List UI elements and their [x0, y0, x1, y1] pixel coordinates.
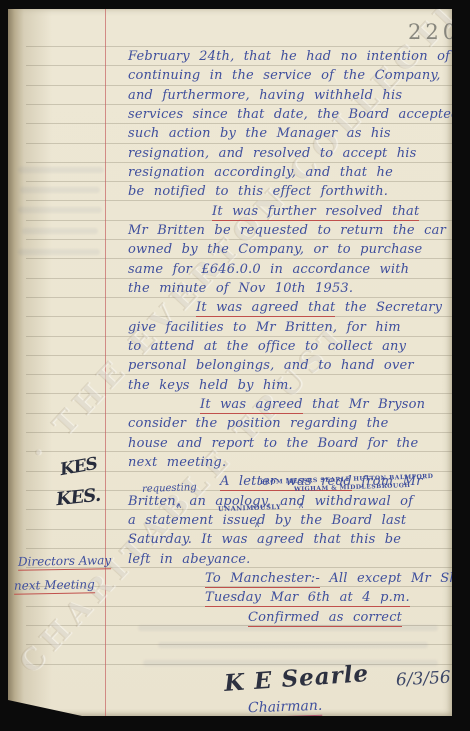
manuscript-line: resignation accordingly, and that he — [128, 165, 393, 180]
phrase: to attend at the office to collect any — [128, 339, 406, 354]
show-through-mark — [22, 228, 98, 234]
scan-background: · THE EVERTON COLLECTION · CHARITABLE TR… — [0, 0, 470, 731]
manuscript-line: services since that date, the Board acce… — [128, 107, 452, 122]
phrase: Saturday. It was agreed that this be — [128, 532, 401, 547]
ruled-line — [26, 104, 452, 105]
manuscript-line: next meeting. — [128, 455, 226, 470]
ruled-line — [26, 548, 452, 549]
manuscript-line: same for £646.0.0 in accordance with — [128, 262, 409, 277]
ruled-line — [26, 297, 452, 298]
show-through-mark — [158, 642, 428, 648]
manuscript-line: such action by the Manager as his — [128, 126, 391, 141]
phrase: the keys held by him. — [128, 378, 293, 393]
phrase: resignation, and resolved to accept his — [128, 146, 417, 161]
ruled-line — [26, 143, 452, 144]
underlined-phrase: It was further resolved that — [212, 204, 419, 221]
manuscript-line: personal belongings, and to hand over — [128, 358, 414, 373]
show-through-mark — [18, 167, 104, 173]
ruled-line — [26, 393, 452, 394]
ruled-line — [26, 355, 452, 356]
chairman-title: Chairman. — [248, 698, 323, 716]
underlined-phrase: It was agreed that — [196, 300, 335, 317]
manuscript-line: Tuesday Mar 6th at 4 p.m. — [205, 590, 410, 605]
margin-initials-top: KES — [59, 454, 99, 480]
show-through-mark — [20, 187, 100, 193]
ruled-line — [26, 529, 452, 530]
manuscript-line: consider the position regarding the — [128, 416, 389, 431]
phrase: such action by the Manager as his — [128, 126, 391, 141]
underlined-phrase: Confirmed as correct — [248, 610, 402, 627]
manuscript-line: Mr Britten be requested to return the ca… — [128, 223, 446, 238]
ruled-line — [26, 65, 452, 66]
phrase: that Mr Bryson — [303, 397, 425, 412]
underlined-phrase: It was agreed — [200, 397, 303, 414]
insertion-caret: ∧ — [298, 501, 304, 510]
ruled-line — [26, 451, 452, 452]
manuscript-line: To Manchester:- All except Mr Sharp — [205, 571, 452, 586]
margin-note-next-meeting: next Meeting — [14, 577, 95, 594]
phrase: the Secretary — [335, 300, 442, 315]
manuscript-line: the keys held by him. — [128, 378, 293, 393]
phrase: give facilities to Mr Britten, for him — [128, 320, 401, 335]
phrase: same for £646.0.0 in accordance with — [128, 262, 409, 277]
manuscript-line: and furthermore, having withheld his — [128, 88, 402, 103]
phrase: February 24th, that he had no intention … — [128, 49, 450, 64]
manuscript-line: house and report to the Board for the — [128, 436, 418, 451]
underlined-phrase: To Manchester:- — [205, 571, 320, 588]
phrase: resignation accordingly, and that he — [128, 165, 393, 180]
manuscript-line: It was agreed that the Secretary — [196, 300, 442, 315]
margin-initials-bottom: KES. — [55, 485, 101, 510]
phrase: personal belongings, and to hand over — [128, 358, 414, 373]
manuscript-line: to attend at the office to collect any — [128, 339, 406, 354]
ledger-page: · THE EVERTON COLLECTION · CHARITABLE TR… — [8, 9, 452, 716]
ruled-line — [26, 278, 452, 279]
ruled-line — [26, 181, 452, 182]
phrase: owned by the Company, or to purchase — [128, 242, 422, 257]
phrase: be notified to this effect forthwith. — [128, 184, 388, 199]
manuscript-line: be notified to this effect forthwith. — [128, 184, 388, 199]
manuscript-line: resignation, and resolved to accept his — [128, 146, 417, 161]
page-number: 220 — [408, 20, 452, 44]
manuscript-line: continuing in the service of the Company… — [128, 68, 441, 83]
ruled-line — [26, 123, 452, 124]
phrase: All except Mr Sharp — [320, 571, 452, 586]
signature-date: 6/3/56 — [396, 668, 452, 691]
phrase: and furthermore, having withheld his — [128, 88, 402, 103]
phrase: a statement issued by the Board last — [128, 513, 406, 528]
interlinear-annotation: requesting — [142, 482, 197, 495]
phrase: services since that date, the Board acce… — [128, 107, 452, 122]
phrase: the minute of Nov 10th 1953. — [128, 281, 353, 296]
phrase: left in abeyance. — [128, 552, 250, 567]
manuscript-line: left in abeyance. — [128, 552, 250, 567]
phrase: consider the position regarding the — [128, 416, 389, 431]
phrase: house and report to the Board for the — [128, 436, 418, 451]
ruled-line — [26, 162, 452, 163]
phrase: next meeting. — [128, 455, 226, 470]
insertion-caret: ∧ — [176, 501, 182, 510]
manuscript-line: Confirmed as correct — [248, 610, 402, 625]
phrase: continuing in the service of the Company… — [128, 68, 441, 83]
insertion-caret: ∧ — [254, 520, 260, 529]
page-fold-shadow — [8, 9, 52, 716]
ruled-line — [26, 258, 452, 259]
phrase: Mr Britten be requested to return the ca… — [128, 223, 446, 238]
manuscript-line: give facilities to Mr Britten, for him — [128, 320, 401, 335]
show-through-mark — [18, 249, 100, 255]
ruled-line — [26, 336, 452, 337]
underlined-phrase: Tuesday Mar 6th at 4 p.m. — [205, 590, 410, 607]
ruled-line — [26, 46, 452, 47]
manuscript-line: It was agreed that Mr Bryson — [200, 397, 425, 412]
show-through-mark — [18, 207, 102, 213]
manuscript-line: owned by the Company, or to purchase — [128, 242, 422, 257]
manuscript-line: the minute of Nov 10th 1953. — [128, 281, 353, 296]
ruled-line — [26, 432, 452, 433]
manuscript-line: Saturday. It was agreed that this be — [128, 532, 401, 547]
ruled-line — [26, 239, 452, 240]
margin-note-directors-away: Directors Away — [18, 553, 111, 571]
ruled-line — [26, 85, 452, 86]
red-margin-line — [105, 9, 106, 716]
interlinear-annotation: UNANIMOUSLY — [218, 503, 281, 513]
ruled-line — [26, 374, 452, 375]
manuscript-line: a statement issued by the Board last — [128, 513, 406, 528]
manuscript-line: It was further resolved that — [212, 204, 419, 219]
ruled-line — [26, 200, 452, 201]
manuscript-line: February 24th, that he had no intention … — [128, 49, 450, 64]
